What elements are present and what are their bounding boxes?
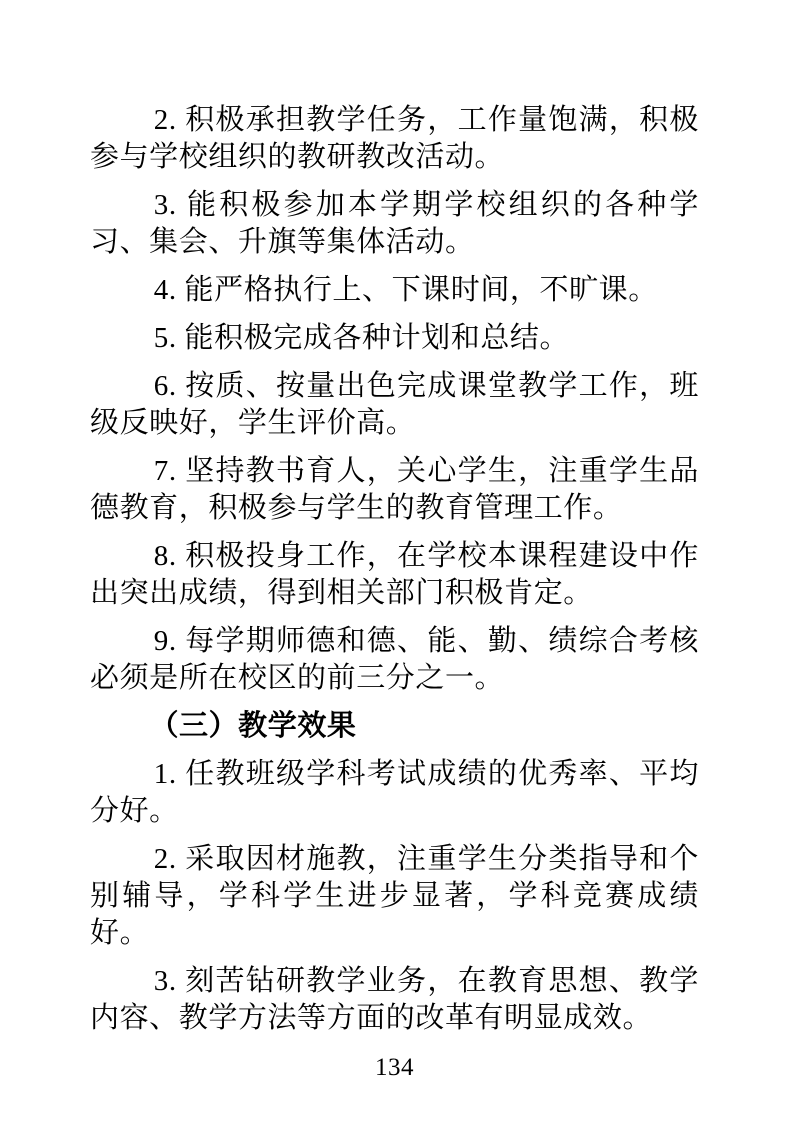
paragraph: 9. 每学期师德和德、能、勤、绩综合考核必须是所在校区的前三分之一。: [90, 623, 699, 697]
paragraph: 3. 刻苦钻研教学业务，在教育思想、教学内容、教学方法等方面的改革有明显成效。: [90, 963, 699, 1037]
paragraph: 2. 积极承担教学任务，工作量饱满，积极参与学校组织的教研教改活动。: [90, 102, 699, 176]
page-content: 2. 积极承担教学任务，工作量饱满，积极参与学校组织的教研教改活动。 3. 能积…: [0, 0, 793, 1083]
paragraph: 5. 能积极完成各种计划和总结。: [90, 320, 699, 357]
paragraph: 2. 采取因材施教，注重学生分类指导和个别辅导，学科学生进步显著，学科竞赛成绩好…: [90, 841, 699, 952]
paragraph: 3. 能积极参加本学期学校组织的各种学习、集会、升旗等集体活动。: [90, 187, 699, 261]
paragraph: 6. 按质、按量出色完成课堂教学工作，班级反映好，学生评价高。: [90, 368, 699, 442]
paragraph: 7. 坚持教书育人，关心学生，注重学生品德教育，积极参与学生的教育管理工作。: [90, 453, 699, 527]
page-number: 134: [90, 1053, 699, 1083]
paragraph: 4. 能严格执行上、下课时间，不旷课。: [90, 272, 699, 309]
section-heading: （三）教学效果: [90, 708, 699, 745]
paragraph: 8. 积极投身工作，在学校本课程建设中作出突出成绩，得到相关部门积极肯定。: [90, 538, 699, 612]
paragraph: 1. 任教班级学科考试成绩的优秀率、平均分好。: [90, 756, 699, 830]
document-page: 2. 积极承担教学任务，工作量饱满，积极参与学校组织的教研教改活动。 3. 能积…: [0, 0, 793, 1122]
